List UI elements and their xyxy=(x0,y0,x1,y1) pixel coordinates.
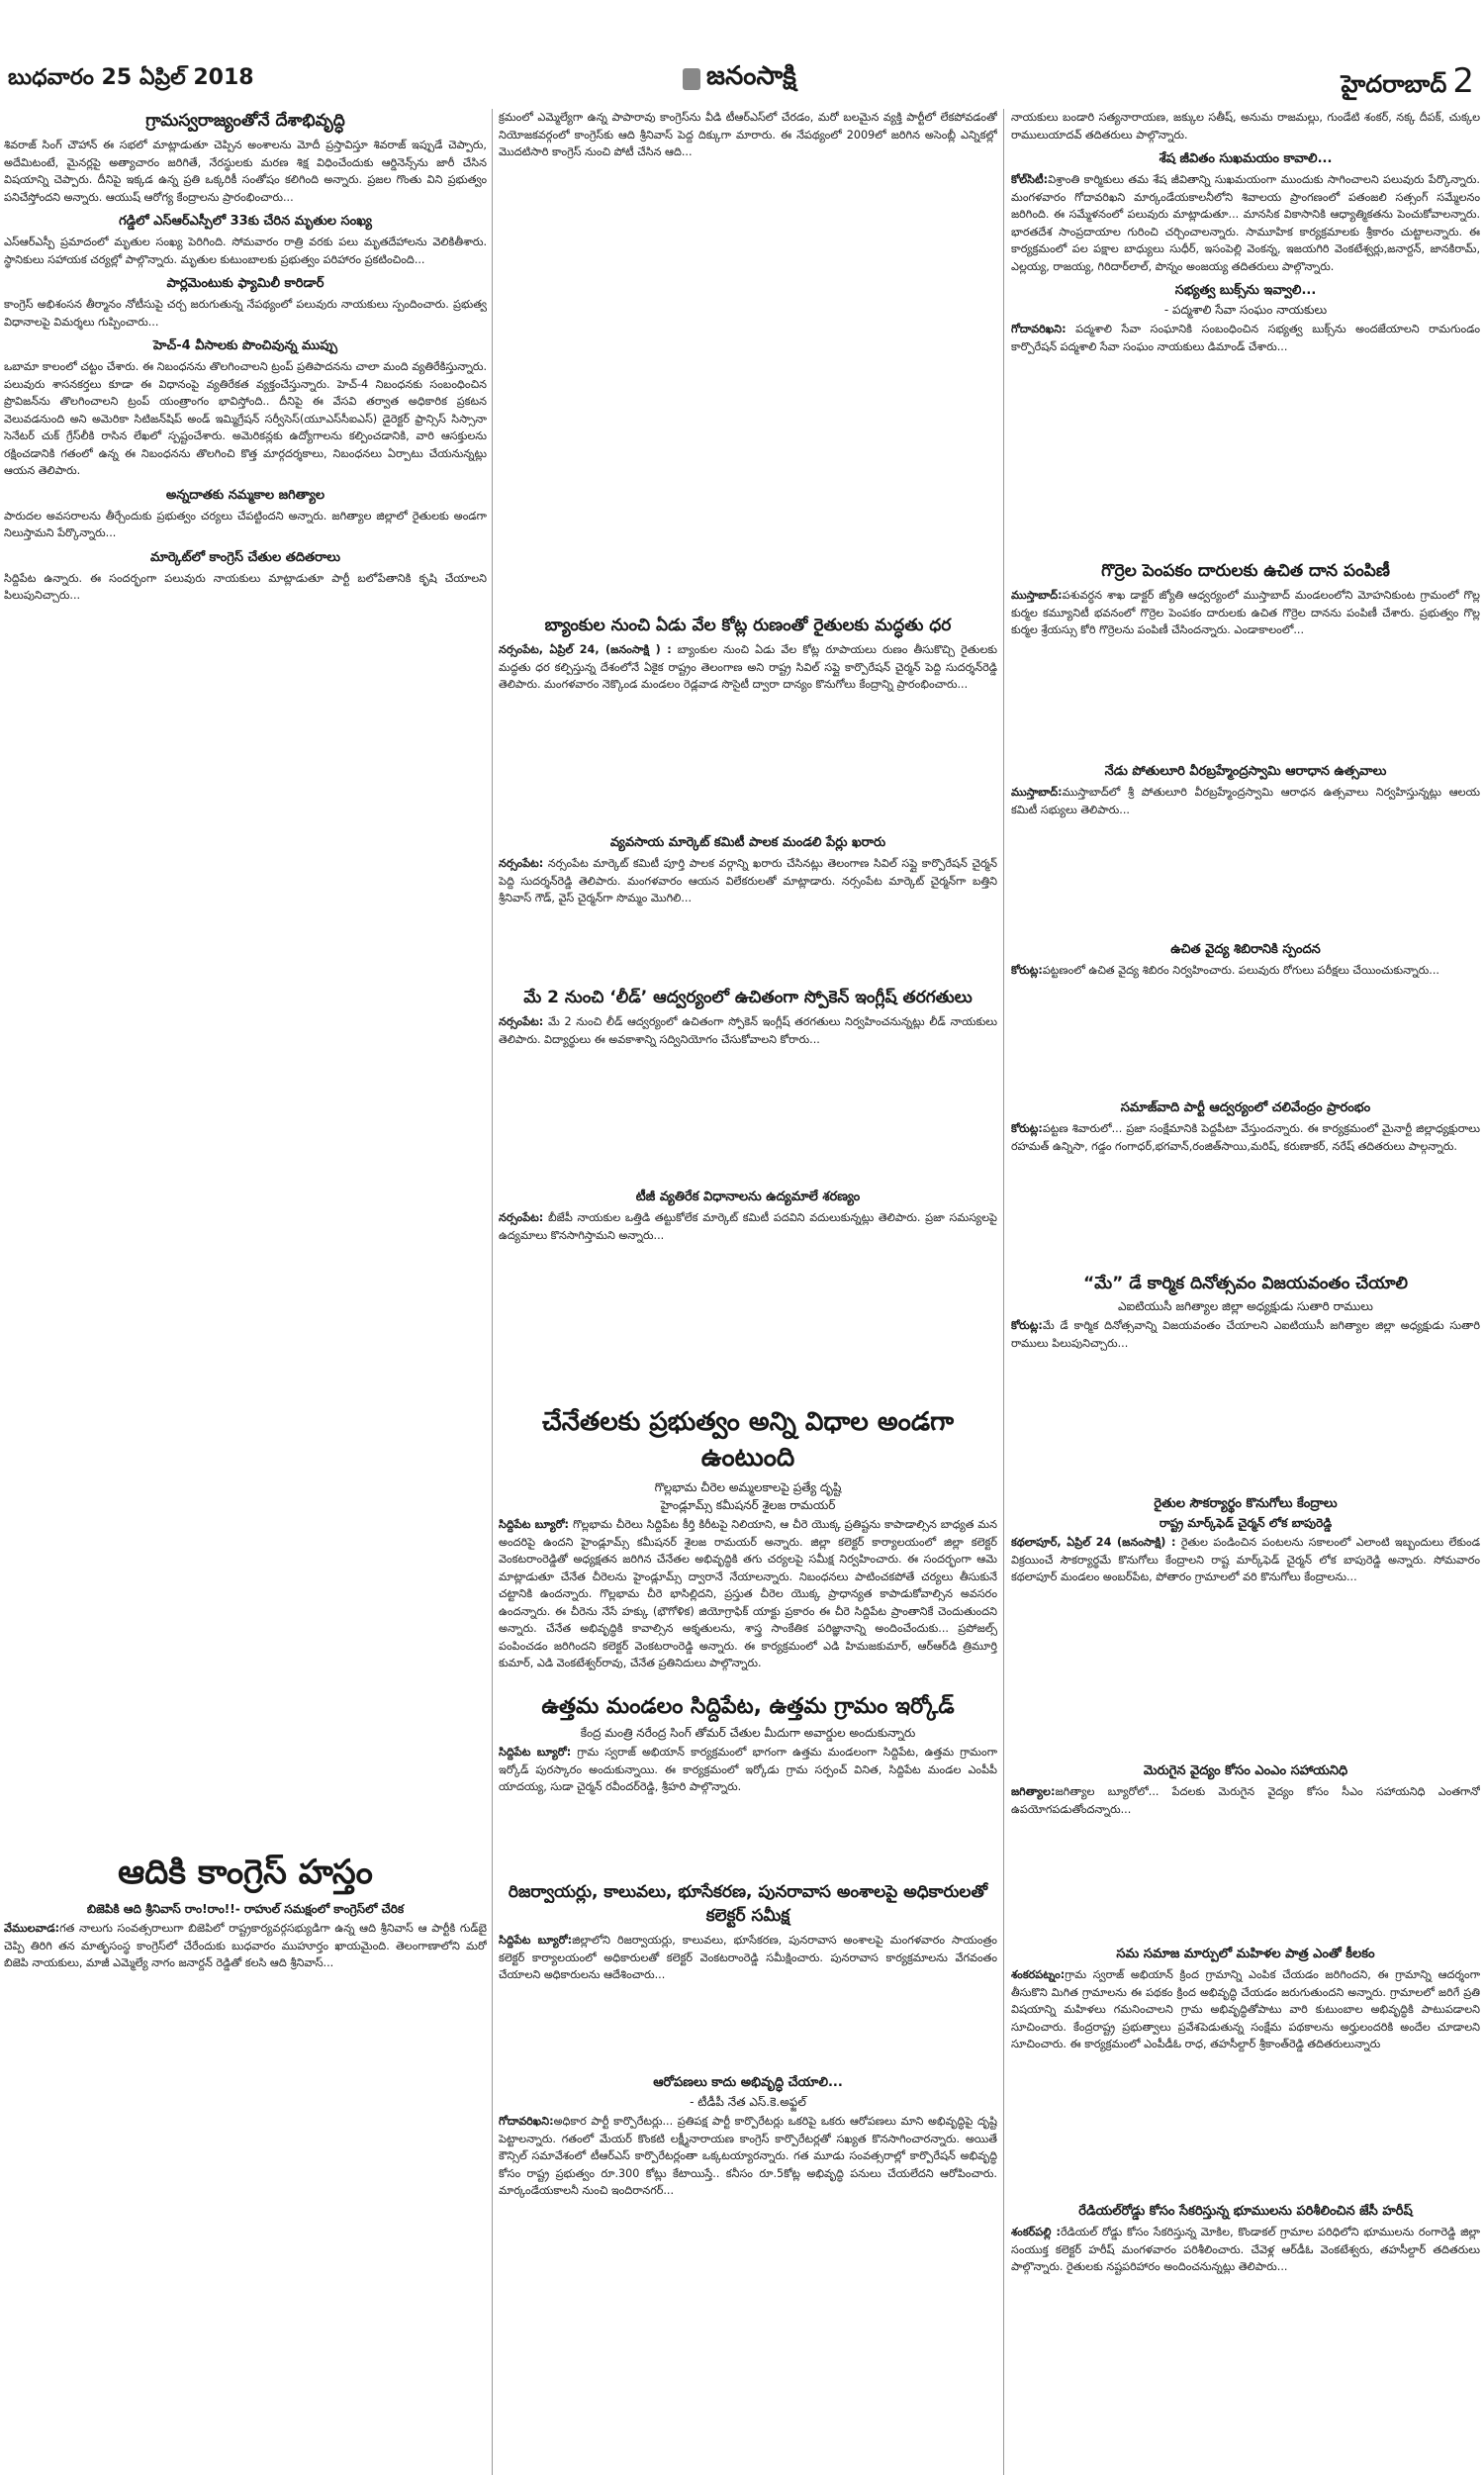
dateline: నర్సంపేట: xyxy=(499,1211,543,1224)
article-text: గ్రామ స్వరాజ్ అభియాన్ క్రింద గ్రామాన్ని … xyxy=(1011,1968,1480,2050)
headline: సమాజ్‌వాది పార్టీ ఆద్వర్యంలో చలివేంద్రం … xyxy=(1011,1100,1480,1118)
subheadline: గొల్లభామ చీరెల అమ్మలకాలపై ప్రత్యే దృష్టి xyxy=(499,1480,997,1497)
dateline: శంకర్‌పల్లి : xyxy=(1011,2226,1061,2238)
article-text: అధికార పార్టీ కార్పొరేటర్లు... ప్రతిపక్ష… xyxy=(499,2115,997,2197)
article-congress-market: మార్కెట్‌లో కాంగ్రెస్ చేతుల తదితరాలు సిద… xyxy=(4,550,487,605)
edition-city: హైదరాబాద్2 xyxy=(1341,61,1474,104)
article-medical-camp: ఉచిత వైద్య శిబిరానికి స్పందన కోరుట్ల:పట్… xyxy=(1011,940,1480,980)
article-text: పశువర్ధన శాఖ డాక్టర్ జ్యోతి ఆధ్వర్యంలో మ… xyxy=(1011,589,1480,636)
article-text: పట్టణ శివారులో... ప్రజా సంక్షేమానికి పెద… xyxy=(1011,1122,1480,1153)
dateline: శంకరపట్నం: xyxy=(1011,1968,1065,1981)
article-body: క్రమంలో ఎమ్మెల్యేగా ఉన్న పాపారావు కాంగ్ర… xyxy=(499,109,997,161)
article-body: వేములవాడ:గత నాలుగు సంవత్సరాలుగా బిజెపిలో… xyxy=(4,1920,487,1972)
headline: బ్యాంకుల నుంచి ఏడు వేల కోట్ల రుణంతో రైతు… xyxy=(499,616,997,639)
article-continued: నాయకులు బండారి సత్యనారాయణ, జక్కుల సతీష్,… xyxy=(1011,109,1480,143)
headline: హెచ్-4 వీసాలకు పొంచివున్న ముప్పు xyxy=(4,338,487,356)
article-body: శివరాజ్ సింగ్ చౌహాన్ ఈ సభలో మాట్లాడుతూ చ… xyxy=(4,137,487,206)
article-veerabrahmendra: నేడు పోతులూరి వీరబ్రహ్మేంద్రస్వామి ఆరాధా… xyxy=(1011,762,1480,818)
article-h4-visa: హెచ్-4 వీసాలకు పొంచివున్న ముప్పు ఒబామా క… xyxy=(4,338,487,480)
article-text: మే 2 నుంచి లీడ్ ఆద్వర్యంలో ఉచితంగా స్పోక… xyxy=(499,1015,997,1046)
headline: ఉచిత వైద్య శిబిరానికి స్పందన xyxy=(1011,942,1480,960)
dateline: నర్సంపేట, ఏప్రిల్ 24, (జనంసాక్షి ) : xyxy=(499,643,672,656)
article-body: కోరుట్ల:పట్టణ శివారులో... ప్రజా సంక్షేమా… xyxy=(1011,1120,1480,1155)
article-text: బీజేపీ నాయకుల ఒత్తిడి తట్టుకోలేక మార్కెట… xyxy=(499,1211,997,1242)
dateline: సిద్దిపేట బ్యూరో: xyxy=(499,1934,572,1947)
article-body: సిద్దిపేట బ్యూరో: గ్రామ స్వరాజ్ అభియాన్ … xyxy=(499,1744,997,1796)
column-3: నాయకులు బండారి సత్యనారాయణ, జక్కుల సతీష్,… xyxy=(1011,109,1480,2475)
dateline: కథలాపూర్, ఏప్రిల్ 24 (జనంసాక్షి) : xyxy=(1011,1536,1176,1549)
article-handlooms: చేనేతలకు ప్రభుత్వం అన్ని విధాల అండగా ఉంట… xyxy=(499,1405,997,1672)
headline: “మే” డే కార్మిక దినోత్సవం విజయవంతం చేయాల… xyxy=(1011,1274,1480,1297)
column-divider xyxy=(1003,109,1004,2475)
headline: గొర్రెల పెంపకం దారులకు ఉచిత దాన పంపిణీ xyxy=(1011,561,1480,585)
dateline: నర్సంపేట: xyxy=(499,1015,543,1028)
headline: సభ్యత్వ బుక్స్‌ను ఇవ్వాలి... xyxy=(1011,283,1480,301)
article-body: గోదావరిఖని:అధికార పార్టీ కార్పొరేటర్లు..… xyxy=(499,2113,997,2200)
dateline: కోరుట్ల: xyxy=(1011,1122,1043,1135)
headline: ఆదికి కాంగ్రెస్ హస్తం xyxy=(4,1853,487,1900)
article-body: నర్సంపేట: బీజేపీ నాయకుల ఒత్తిడి తట్టుకోల… xyxy=(499,1209,997,1244)
column-divider xyxy=(492,109,493,2475)
dateline: సిద్దిపేట బ్యూరో: xyxy=(499,1518,569,1531)
article-text: జగిత్యాల బ్యూరోలో... పేదలకు మెరుగైన వైద్… xyxy=(1011,1785,1480,1816)
article-body: కథలాపూర్, ఏప్రిల్ 24 (జనంసాక్షి) : రైతుల… xyxy=(1011,1534,1480,1586)
article-bank-loans: బ్యాంకుల నుంచి ఏడు వేల కోట్ల రుణంతో రైతు… xyxy=(499,614,997,694)
headline: పార్లమెంటుకు ఫ్యామిలీ కారిడార్ xyxy=(4,276,487,294)
article-body: శంకరపట్నం:గ్రామ స్వరాజ్ అభియాన్ క్రింద గ… xyxy=(1011,1966,1480,2053)
article-text: విశ్రాంతి కార్మికులు తమ శేష జీవితాన్ని స… xyxy=(1011,173,1480,273)
article-procurement-centers: రైతుల సౌకర్యార్థం కొనుగోలు కేంద్రాలు రాష… xyxy=(1011,1494,1480,1586)
dateline: గోదావరిఖని: xyxy=(499,2115,554,2128)
dateline: కోరుట్ల: xyxy=(1011,964,1043,977)
page-number: 2 xyxy=(1452,61,1474,101)
column-2: క్రమంలో ఎమ్మెల్యేగా ఉన్న పాపారావు కాంగ్ర… xyxy=(499,109,997,2475)
article-body: నర్సంపేట: మే 2 నుంచి లీడ్ ఆద్వర్యంలో ఉచి… xyxy=(499,1013,997,1048)
logo-map-icon xyxy=(683,68,700,90)
subheadline: ఎఐటియుసీ జగిత్యాల జిల్లా అధ్యక్షుడు సుతా… xyxy=(1011,1299,1480,1316)
dateline: సిద్దిపేట బ్యూరో: xyxy=(499,1746,571,1759)
headline: మే 2 నుంచి ‘లీడ్’ ఆద్వర్యంలో ఉచితంగా స్ప… xyxy=(499,988,997,1011)
headline: టీజీ వ్యతిరేక విధానాలను ఉద్యమాలే శరణ్యం xyxy=(499,1190,997,1207)
article-text: గొల్లభామ చీరెలు సిద్దిపేట కీర్తి కిరీటపై… xyxy=(499,1518,997,1669)
headline: మెరుగైన వైద్యం కోసం ఎంఎం సహాయనిధి xyxy=(1011,1763,1480,1781)
article-adi-congress: ఆదికి కాంగ్రెస్ హస్తం బిజెపికి ఆది శ్రీన… xyxy=(4,1851,487,1972)
article-cm-relief-fund: మెరుగైన వైద్యం కోసం ఎంఎం సహాయనిధి జగిత్య… xyxy=(1011,1761,1480,1818)
article-body: నాయకులు బండారి సత్యనారాయణ, జక్కుల సతీష్,… xyxy=(1011,109,1480,143)
dateline: గోదావరిఖని: xyxy=(1011,323,1067,335)
headline: వ్యవసాయ మార్కెట్ కమిటీ పాలక మండలి పేర్లు… xyxy=(499,835,997,853)
subheadline: రాష్ట్ర మార్క్‌ఫెడ్ చైర్మన్ లోక బాపురెడ్… xyxy=(1011,1516,1480,1533)
dateline: కోరుట్ల: xyxy=(1011,1319,1043,1332)
logo-text: జనంసాక్షి xyxy=(706,61,796,97)
article-jagityal: అన్నదాతకు నమ్మకాల జగిత్యాల పారుదల అవసరాల… xyxy=(4,488,487,542)
issue-date: బుధవారం 25 ఏప్రిల్ 2018 xyxy=(8,65,254,95)
article-radial-road: రేడియల్‌రోడ్డు కోసం సేకరిస్తున్న భూములను… xyxy=(1011,2202,1480,2276)
article-body: నర్సంపేట: నర్సంపేట మార్కెట్ కమిటీ పూర్తి… xyxy=(499,855,997,907)
article-body: శంకర్‌పల్లి :రేడియల్ రోడ్డు కోసం సేకరిస్… xyxy=(1011,2224,1480,2276)
article-membership-books: సభ్యత్వ బుక్స్‌ను ఇవ్వాలి... - పద్మశాలి … xyxy=(1011,283,1480,355)
masthead: బుధవారం 25 ఏప్రిల్ 2018 జనంసాక్షి హైదరాబ… xyxy=(0,0,1484,119)
article-chalivendram: సమాజ్‌వాది పార్టీ ఆద్వర్యంలో చలివేంద్రం … xyxy=(1011,1098,1480,1155)
article-bjp-policies: టీజీ వ్యతిరేక విధానాలను ఉద్యమాలే శరణ్యం … xyxy=(499,1188,997,1244)
dateline: వేములవాడ: xyxy=(4,1922,59,1935)
article-body: సిద్దిపేట బ్యూరో:జిల్లాలోని రిజర్వాయర్లు… xyxy=(499,1932,997,1984)
article-women-role: సమ సమాజ మార్పులో మహిళల పాత్ర ఎంతో కీలకం … xyxy=(1011,1945,1480,2053)
headline: రేడియల్‌రోడ్డు కోసం సేకరిస్తున్న భూములను… xyxy=(1011,2204,1480,2222)
article-srsp: గడ్డిలో ఎస్‌ఆర్‌ఎస్పీలో 33కు చేరిన మృతుల… xyxy=(4,214,487,268)
headline: శేష జీవితం సుఖమయం కావాలి... xyxy=(1011,151,1480,169)
column-1: గ్రామస్వరాజ్యంతోనే దేశాభివృద్ధి శివరాజ్ … xyxy=(4,109,487,2475)
article-retired-workers: శేష జీవితం సుఖమయం కావాలి... కోల్‌సిటీ:వి… xyxy=(1011,151,1480,275)
article-continued: క్రమంలో ఎమ్మెల్యేగా ఉన్న పాపారావు కాంగ్ర… xyxy=(499,109,997,161)
article-body: నర్సంపేట, ఏప్రిల్ 24, (జనంసాక్షి ) : బ్య… xyxy=(499,641,997,694)
article-text: రేడియల్ రోడ్డు కోసం సేకరిస్తున్న మోకిల, … xyxy=(1011,2226,1480,2273)
article-body: పారుదల అవసరాలను తీర్చేందుకు ప్రభుత్వం చర… xyxy=(4,508,487,542)
headline: చేనేతలకు ప్రభుత్వం అన్ని విధాల అండగా ఉంట… xyxy=(499,1407,997,1478)
article-may-day: “మే” డే కార్మిక దినోత్సవం విజయవంతం చేయాల… xyxy=(1011,1272,1480,1352)
article-body: ఒబామా కాలంలో చట్టం చేశారు. ఈ నిబంధనను తొ… xyxy=(4,358,487,480)
article-text: పట్టణంలో ఉచిత వైద్య శిబిరం నిర్వహించారు.… xyxy=(1043,964,1439,977)
article-body: కోరుట్ల:మే డే కార్మిక దినోత్సవాన్ని విజయ… xyxy=(1011,1317,1480,1352)
dateline: కోల్‌సిటీ: xyxy=(1011,173,1048,186)
article-body: జగిత్యాల:జగిత్యాల బ్యూరోలో... పేదలకు మెర… xyxy=(1011,1783,1480,1818)
article-allegations: ఆరోపణలు కాదు అభివృద్ధి చేయాలి... - టీడీప… xyxy=(499,2073,997,2200)
article-text: గ్రామ స్వరాజ్ అభియాన్ కార్యక్రమంలో భాగంగ… xyxy=(499,1746,997,1793)
article-reservoirs: రిజర్వాయర్లు, కాలువలు, భూసేకరణ, పునరావాస… xyxy=(499,1880,997,1984)
article-body: కోల్‌సిటీ:విశ్రాంతి కార్మికులు తమ శేష జీ… xyxy=(1011,171,1480,275)
dateline: జగిత్యాల: xyxy=(1011,1785,1055,1798)
article-market-committee: వ్యవసాయ మార్కెట్ కమిటీ పాలక మండలి పేర్లు… xyxy=(499,833,997,907)
headline: గడ్డిలో ఎస్‌ఆర్‌ఎస్పీలో 33కు చేరిన మృతుల… xyxy=(4,214,487,232)
article-text: మే డే కార్మిక దినోత్సవాన్ని విజయవంతం చేయ… xyxy=(1011,1319,1480,1350)
subheadline: హైండ్లూమ్స్ కమీషనర్ శైలజ రామయర్ xyxy=(499,1498,997,1515)
article-body: గోదావరిఖని: పద్మశాలి సేవా సంఘానికి సంబంధ… xyxy=(1011,321,1480,355)
dateline: ముస్తాబాద్: xyxy=(1011,786,1063,799)
article-body: కోరుట్ల:పట్టణంలో ఉచిత వైద్య శిబిరం నిర్వ… xyxy=(1011,962,1480,980)
article-spoken-english: మే 2 నుంచి ‘లీడ్’ ఆద్వర్యంలో ఉచితంగా స్ప… xyxy=(499,986,997,1048)
article-text: గత నాలుగు సంవత్సరాలుగా బిజెపిలో రాష్ట్రక… xyxy=(4,1922,487,1969)
article-body: సిద్దిపేట బ్యూరో: గొల్లభామ చీరెలు సిద్ది… xyxy=(499,1516,997,1672)
subheadline: - పద్మశాలి సేవా సంఘం నాయకులు xyxy=(1011,303,1480,320)
article-body: సిద్దిపేట ఉన్నారు. ఈ సందర్భంగా పలువురు న… xyxy=(4,570,487,605)
headline: మార్కెట్‌లో కాంగ్రెస్ చేతుల తదితరాలు xyxy=(4,550,487,568)
subheadline: బిజెపికి ఆది శ్రీనివాస్ రాం!రాం!!- రాహుల… xyxy=(4,1902,487,1919)
headline: రైతుల సౌకర్యార్థం కొనుగోలు కేంద్రాలు xyxy=(1011,1496,1480,1514)
headline: ఆరోపణలు కాదు అభివృద్ధి చేయాలి... xyxy=(499,2075,997,2093)
article-body: కాంగ్రెస్ అభిశంసన తీర్మానం నోటీసుపై చర్చ… xyxy=(4,296,487,331)
article-text: పద్మశాలి సేవా సంఘానికి సంబంధించిన సభ్యత్… xyxy=(1011,323,1480,353)
newspaper-logo: జనంసాక్షి xyxy=(683,61,796,97)
subheadline: కేంద్ర మంత్రి నరేంద్ర సింగ్ తోమర్ చేతుల … xyxy=(499,1726,997,1743)
article-body: ఎస్‌ఆర్‌ఎస్పీ ప్రమాదంలో మృతుల సంఖ్య పెరి… xyxy=(4,234,487,268)
headline: గ్రామస్వరాజ్యంతోనే దేశాభివృద్ధి xyxy=(4,111,487,135)
headline: రిజర్వాయర్లు, కాలువలు, భూసేకరణ, పునరావాస… xyxy=(499,1882,997,1930)
article-sheep-feed: గొర్రెల పెంపకం దారులకు ఉచిత దాన పంపిణీ మ… xyxy=(1011,559,1480,639)
city-label: హైదరాబాద్ xyxy=(1341,70,1446,98)
headline: ఉత్తమ మండలం సిద్దిపేట, ఉత్తమ గ్రామం ఇర్క… xyxy=(499,1694,997,1724)
article-gram-swaraj: గ్రామస్వరాజ్యంతోనే దేశాభివృద్ధి శివరాజ్ … xyxy=(4,111,487,206)
article-best-mandal: ఉత్తమ మండలం సిద్దిపేట, ఉత్తమ గ్రామం ఇర్క… xyxy=(499,1692,997,1796)
article-parliament: పార్లమెంటుకు ఫ్యామిలీ కారిడార్ కాంగ్రెస్… xyxy=(4,276,487,331)
article-text: ముస్తాబాద్‌లో శ్రీ పోతులూరి వీరబ్రహ్మేంద… xyxy=(1011,786,1480,816)
article-text: జిల్లాలోని రిజర్వాయర్లు, కాలువలు, భూసేకర… xyxy=(499,1934,997,1981)
headline: అన్నదాతకు నమ్మకాల జగిత్యాల xyxy=(4,488,487,506)
headline: సమ సమాజ మార్పులో మహిళల పాత్ర ఎంతో కీలకం xyxy=(1011,1947,1480,1964)
dateline: ముస్తాబాద్: xyxy=(1011,589,1063,602)
dateline: నర్సంపేట: xyxy=(499,857,543,870)
article-body: ముస్తాబాద్:ముస్తాబాద్‌లో శ్రీ పోతులూరి వ… xyxy=(1011,784,1480,818)
subheadline: - టీడీపీ నేత ఎస్.కె.అఫ్జల్ xyxy=(499,2095,997,2112)
headline: నేడు పోతులూరి వీరబ్రహ్మేంద్రస్వామి ఆరాధా… xyxy=(1011,764,1480,782)
article-text: నర్సంపేట మార్కెట్ కమిటీ పూర్తి పాలక వర్గ… xyxy=(499,857,997,904)
article-body: ముస్తాబాద్:పశువర్ధన శాఖ డాక్టర్ జ్యోతి ఆ… xyxy=(1011,587,1480,639)
